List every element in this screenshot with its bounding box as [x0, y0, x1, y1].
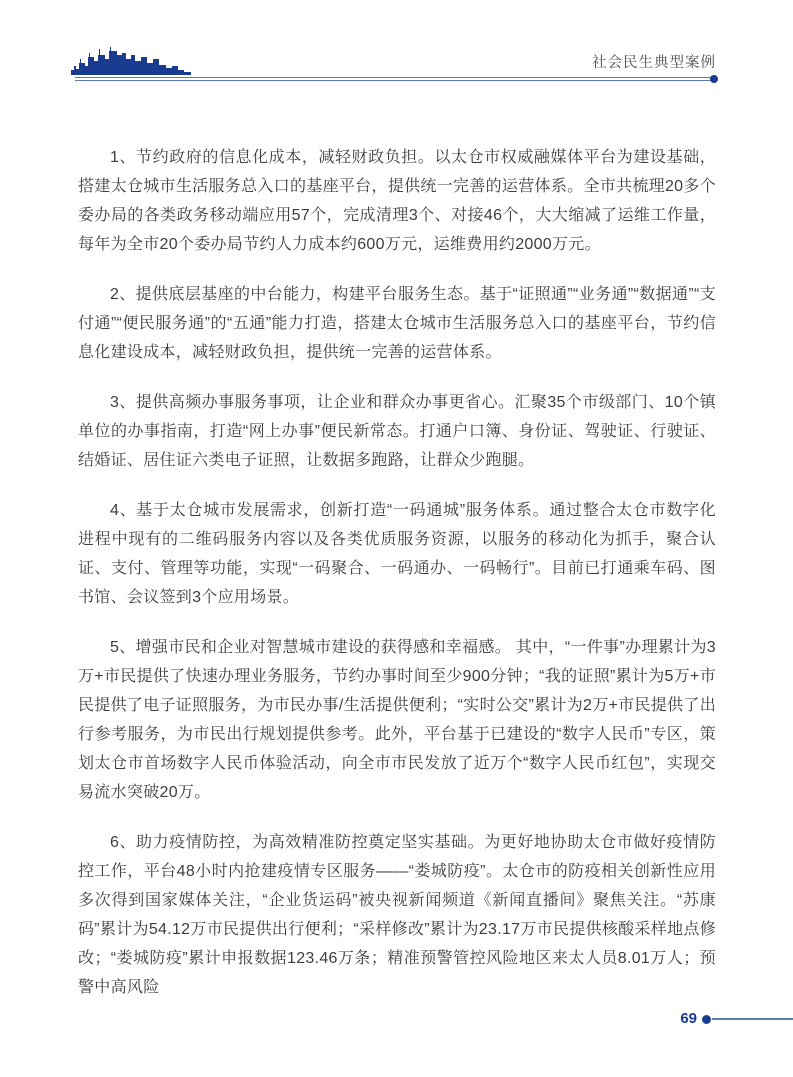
- document-page: { "header": { "logo_icon": "city-skyline…: [0, 0, 793, 1077]
- header-rule-dot: [710, 75, 718, 83]
- city-skyline-icon: [71, 46, 191, 77]
- paragraph-1: 1、节约政府的信息化成本，减轻财政负担。以太仓市权威融媒体平台为建设基础，搭建太…: [78, 143, 716, 259]
- page-footer: 69: [0, 1011, 793, 1027]
- page-number: 69: [680, 1011, 697, 1027]
- footer-rule: [712, 1018, 793, 1020]
- footer-dot: [702, 1015, 711, 1024]
- document-body: 1、节约政府的信息化成本，减轻财政负担。以太仓市权威融媒体平台为建设基础，搭建太…: [78, 143, 716, 1023]
- paragraph-4: 4、基于太仓城市发展需求，创新打造“一码通城”服务体系。通过整合太仓市数字化进程…: [78, 496, 716, 612]
- paragraph-2: 2、提供底层基座的中台能力，构建平台服务生态。基于“证照通”“业务通”“数据通”…: [78, 280, 716, 367]
- paragraph-3: 3、提供高频办事服务事项，让企业和群众办事更省心。汇聚35个市级部门、10个镇单…: [78, 388, 716, 475]
- header-section-title: 社会民生典型案例: [592, 54, 716, 72]
- header-rule: [75, 77, 712, 81]
- paragraph-5: 5、增强市民和企业对智慧城市建设的获得感和幸福感。 其中，“一件事”办理累计为3…: [78, 633, 716, 807]
- paragraph-6: 6、助力疫情防控，为高效精准防控奠定坚实基础。为更好地协助太仓市做好疫情防控工作…: [78, 828, 716, 1002]
